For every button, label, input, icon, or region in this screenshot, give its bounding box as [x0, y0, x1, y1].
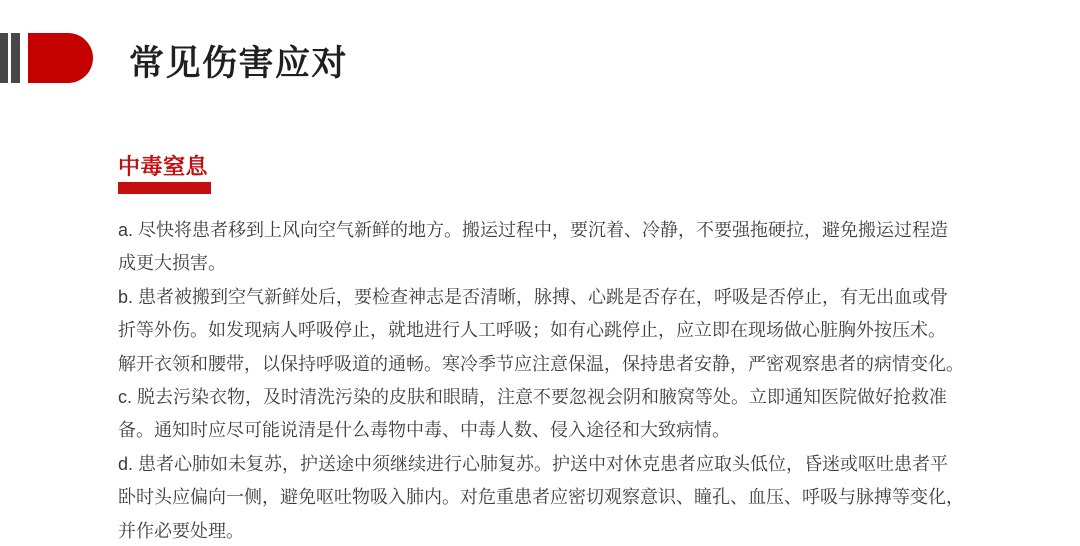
section-title: 中毒窒息 [118, 150, 208, 181]
text-line: 卧时头应偏向一侧，避免呕吐物吸入肺内。对危重患者应密切观察意识、瞳孔、血压、呼吸… [118, 481, 1018, 514]
slide-logo [0, 0, 100, 100]
text-line: 备。通知时应尽可能说清是什么毒物中毒、中毒人数、侵入途径和大致病情。 [118, 414, 1018, 447]
text-line: 解开衣领和腰带，以保持呼吸道的通畅。寒冷季节应注意保温，保持患者安静，严密观察患… [118, 348, 1018, 381]
text-line: b. 患者被搬到空气新鲜处后，要检查神志是否清晰，脉搏、心跳是否存在，呼吸是否停… [118, 281, 1018, 314]
text-line: 并作必要处理。 [118, 515, 1018, 546]
page-title: 常见伤害应对 [129, 36, 348, 86]
text-line: c. 脱去污染衣物，及时清洗污染的皮肤和眼睛，注意不要忽视会阴和腋窝等处。立即通… [118, 381, 1018, 414]
section-underline [118, 182, 211, 194]
text-line: 折等外伤。如发现病人呼吸停止，就地进行人工呼吸；如有心跳停止，应立即在现场做心脏… [118, 314, 1018, 347]
slide: 常见伤害应对 中毒窒息 a. 尽快将患者移到上风向空气新鲜的地方。搬运过程中，要… [0, 0, 1080, 546]
text-line: 成更大损害。 [118, 247, 1018, 280]
text-line: a. 尽快将患者移到上风向空气新鲜的地方。搬运过程中，要沉着、冷静，不要强拖硬拉… [118, 214, 1018, 247]
logo-red-shape-icon [28, 33, 93, 83]
logo-bar-icon [11, 33, 20, 83]
body-text: a. 尽快将患者移到上风向空气新鲜的地方。搬运过程中，要沉着、冷静，不要强拖硬拉… [118, 214, 1018, 546]
logo-bar-icon [0, 33, 8, 83]
text-line: d. 患者心肺如未复苏，护送途中须继续进行心肺复苏。护送中对休克患者应取头低位，… [118, 448, 1018, 481]
